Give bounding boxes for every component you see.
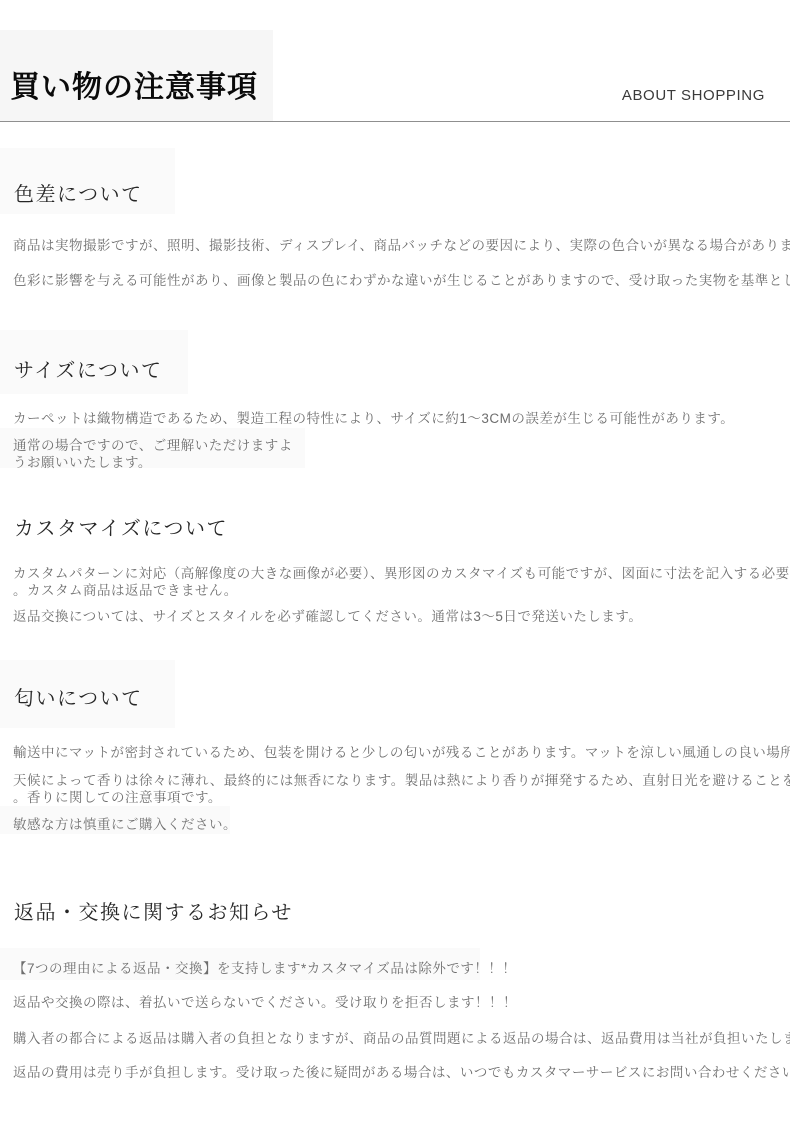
section-size-heading: サイズについて	[14, 354, 163, 383]
paragraph-line: 返品の費用は売り手が負担します。受け取った後に疑問がある場合は、いつでもカスタマ…	[13, 1061, 790, 1081]
section-smell-heading: 匂いについて	[14, 682, 143, 711]
paragraph-line: 敏感な方は慎重にご購入ください。	[13, 813, 237, 833]
paragraph-line: うお願いいたします。	[13, 451, 152, 471]
section-customization-heading: カスタマイズについて	[14, 512, 228, 541]
section-color-difference-heading: 色差について	[14, 178, 143, 207]
paragraph-line: 色彩に影響を与える可能性があり、画像と製品の色にわずかな違いが生じることがありま…	[13, 269, 790, 289]
page-tagline: ABOUT SHOPPING	[622, 87, 765, 104]
about-shopping-page: 買い物の注意事項 ABOUT SHOPPING 色差について 商品は実物撮影です…	[0, 0, 790, 1145]
paragraph-line: カーペットは織物構造であるため、製造工程の特性により、サイズに約1〜3CMの誤差…	[13, 407, 734, 427]
paragraph-line: 商品は実物撮影ですが、照明、撮影技術、ディスプレイ、商品バッチなどの要因により、…	[13, 234, 790, 254]
paragraph-line: 。カスタム商品は返品できません。	[13, 579, 238, 599]
paragraph-line: 【7つの理由による返品・交換】を支持します*カスタマイズ品は除外です！！！	[13, 957, 516, 977]
header-divider	[0, 121, 790, 122]
paragraph-line: 輸送中にマットが密封されているため、包装を開けると少しの匂いが残ることがあります…	[13, 741, 790, 761]
paragraph-line: 返品交換については、サイズとスタイルを必ず確認してください。通常は3〜5日で発送…	[13, 605, 642, 625]
paragraph-line: 購入者の都合による返品は購入者の負担となりますが、商品の品質問題による返品の場合…	[13, 1027, 790, 1047]
paragraph-line: 返品や交換の際は、着払いで送らないでください。受け取りを拒否します！！！	[13, 991, 517, 1011]
page-title: 買い物の注意事項	[10, 62, 258, 106]
paragraph-line: 。香りに関しての注意事項です。	[13, 786, 222, 806]
section-returns-heading: 返品・交換に関するお知らせ	[14, 896, 293, 925]
